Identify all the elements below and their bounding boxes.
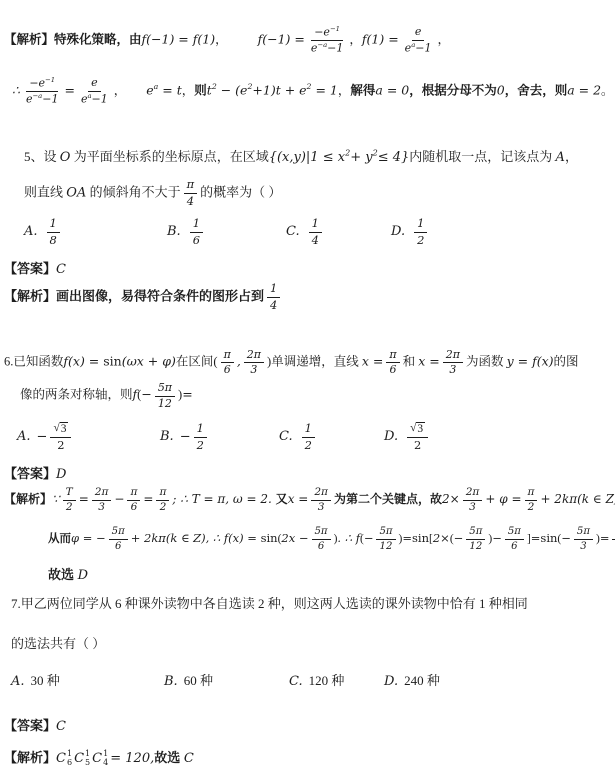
bold-text: 故选 xyxy=(48,567,78,582)
numerator: e xyxy=(412,26,425,40)
math-text: 5π xyxy=(577,526,590,537)
math-text: = 120, xyxy=(110,751,154,766)
text: 像的两条对称轴，则 xyxy=(20,388,133,402)
denominator: e−a−1 xyxy=(23,92,62,106)
math-text: = xyxy=(531,531,541,545)
math-text: + y xyxy=(350,150,372,165)
square-root: √3 xyxy=(410,422,425,436)
superscript: −1 xyxy=(45,76,55,84)
math-text: a = 0 xyxy=(375,82,409,97)
text: 内随机取一点，记该点为 xyxy=(409,149,555,164)
math-text: 12 xyxy=(380,541,393,552)
math-text: 6 xyxy=(224,363,231,376)
numerator: 1 xyxy=(414,217,427,233)
math-text: 6 xyxy=(318,541,324,552)
combination-scripts: 14 xyxy=(103,750,108,768)
math-text: O xyxy=(60,150,71,165)
denominator: 2 xyxy=(414,233,427,248)
spacer xyxy=(228,42,258,43)
math-text: − xyxy=(364,531,374,545)
math-text: = t xyxy=(158,82,181,97)
math-text: 6 xyxy=(389,363,396,376)
denominator: 3 xyxy=(95,501,108,514)
bold-text: 【解析】 xyxy=(4,492,52,506)
numerator: 2π xyxy=(311,487,331,501)
roman-text: sin xyxy=(540,531,557,545)
text: 的选法共有（ ） xyxy=(11,636,105,651)
denominator: 2 xyxy=(302,438,315,453)
numerator: 5π xyxy=(505,526,524,539)
text: ， xyxy=(338,83,351,97)
math-text: 3 xyxy=(469,501,476,513)
option-label: B. xyxy=(160,429,174,444)
math-text: 5π xyxy=(158,381,172,394)
denominator: 6 xyxy=(128,501,141,514)
math-text: 2π xyxy=(247,348,261,361)
numerator: √3 xyxy=(407,422,428,438)
math-text: π xyxy=(130,486,137,498)
fraction: √32 xyxy=(50,422,71,453)
q6-analysis-2: 从而φ = −5π6+ 2kπ(k ∈ Z), ∴ f(x) = sin(2x … xyxy=(4,526,612,553)
bold-text: 又 xyxy=(276,492,288,506)
bold-text: 故选 xyxy=(154,750,184,765)
option-label: D. xyxy=(384,429,398,444)
option-label: A. xyxy=(24,224,38,239)
math-text: 2x − xyxy=(281,531,308,545)
math-text: 5π xyxy=(508,526,521,537)
math-text: 2π xyxy=(314,486,328,498)
fraction: 12 xyxy=(194,422,207,453)
math-text: −1 xyxy=(415,41,431,54)
denominator: 2 xyxy=(54,438,67,453)
fraction: 5π6 xyxy=(505,526,524,552)
combination: C15 xyxy=(74,750,90,768)
text: 7.甲乙两位同学从 6 种课外读物中各自选读 2 种，则这两人选读的课外读物中恰… xyxy=(11,596,528,611)
text: 5、设 xyxy=(24,149,60,164)
denominator: 6 xyxy=(190,233,203,248)
text: 的概率为（ ） xyxy=(200,185,281,200)
math-text: + 2kπ(k ∈ Z), ∴ f(x) = xyxy=(131,531,261,545)
math-text: y = f(x) xyxy=(507,353,554,368)
math-text: π xyxy=(159,486,166,498)
math-text: f(−1) = f(1) xyxy=(142,31,216,46)
text: 60 种 xyxy=(184,673,213,688)
roman-text: sin xyxy=(412,531,429,545)
math-text: 4 xyxy=(312,233,319,247)
numerator: 2π xyxy=(443,349,463,363)
denominator: 12 xyxy=(155,397,175,410)
math-text: − xyxy=(561,531,571,545)
math-text: = xyxy=(182,387,192,402)
math-text: OA xyxy=(66,186,86,201)
math-text: e xyxy=(91,76,98,89)
numerator: √3 xyxy=(50,422,71,438)
text: 6.已知函数 xyxy=(4,354,63,368)
math-text: ; ∴ T = π, ω = 2. xyxy=(172,492,275,506)
bold-text: 【解析】画出图像，易得符合条件的图形占到 xyxy=(4,288,264,303)
combination-base: C xyxy=(74,750,84,768)
math-text: 3 xyxy=(449,363,456,376)
option-label: D. xyxy=(391,224,405,239)
fraction: 5π6 xyxy=(312,526,331,552)
combination: C16 xyxy=(56,750,72,768)
math-text: D xyxy=(78,568,88,583)
bold-text: 则 xyxy=(194,83,207,97)
combination-subscript: 4 xyxy=(103,759,108,768)
q6-stem-2: 像的两条对称轴，则f(−5π12)= xyxy=(4,382,612,410)
math-text: 4 xyxy=(187,194,194,208)
denominator: 6 xyxy=(315,540,327,552)
math-text: 6 xyxy=(115,541,121,552)
option-C: C.14 xyxy=(286,217,391,248)
numerator: 2π xyxy=(463,487,483,501)
denominator: 6 xyxy=(386,363,399,376)
math-text: 5π xyxy=(469,526,482,537)
math-text: 4 xyxy=(270,298,277,312)
denominator: 6 xyxy=(508,540,520,552)
math-text: 5π xyxy=(315,526,328,537)
math-text: 2 xyxy=(528,501,535,513)
numerator: 1 xyxy=(194,422,207,438)
fraction: eea−1 xyxy=(78,77,111,105)
roman-text: 2 xyxy=(57,438,64,452)
bold-text: 【答案】 xyxy=(4,718,56,733)
math-text: π xyxy=(528,486,535,498)
text: ， xyxy=(565,149,578,164)
numerator: 5π xyxy=(466,526,485,539)
text: 在区间 xyxy=(176,354,214,368)
math-text: D xyxy=(56,467,66,482)
denominator: 3 xyxy=(315,501,328,514)
bold-text: 【答案】 xyxy=(4,261,56,276)
radicand: 3 xyxy=(416,422,425,436)
fraction: π4 xyxy=(184,178,198,209)
math-text: − xyxy=(114,492,124,506)
numerator: π xyxy=(386,349,399,363)
math-text: 2 xyxy=(66,501,73,513)
math-text: ∵ xyxy=(52,492,60,506)
math-text: 12 xyxy=(469,541,482,552)
roman-text: 2 xyxy=(414,438,421,452)
q5-stem-1: 5、设 O 为平面坐标系的坐标原点，在区域{(x,y)|1 ≤ x2+ y2≤ … xyxy=(4,148,612,167)
numerator: 1 xyxy=(47,217,60,233)
math-text: − xyxy=(141,387,151,402)
fraction: π6 xyxy=(221,349,234,377)
math-text: +1)t + e xyxy=(252,82,306,97)
math-text: −1 xyxy=(42,93,58,106)
numerator: T xyxy=(63,487,76,501)
denominator: ea−1 xyxy=(78,92,111,106)
math-text: f(x) = xyxy=(63,353,103,368)
q7-answer: 【答案】C xyxy=(4,717,612,736)
math-text: ≤ 4} xyxy=(378,150,410,165)
option-A: A.−√32 xyxy=(17,422,160,453)
numerator: 2π xyxy=(92,487,112,501)
math-text: 1 xyxy=(312,216,319,230)
combination-base: C xyxy=(56,750,66,768)
math-text: − xyxy=(37,429,48,444)
denominator: 6 xyxy=(221,363,234,376)
math-text: + 2kπ(k ∈ Z), xyxy=(540,492,615,506)
math-text: 2π xyxy=(466,486,480,498)
numerator: 1 xyxy=(302,422,315,438)
fraction: 2π3 xyxy=(244,349,264,377)
denominator: 4 xyxy=(184,194,197,209)
denominator: 4 xyxy=(267,298,280,313)
text: 为平面坐标系的坐标原点，在区域 xyxy=(70,149,268,164)
fraction: 5π12 xyxy=(466,526,485,552)
fraction: eea−1 xyxy=(402,26,435,54)
denominator: 2 xyxy=(157,501,170,514)
option-C: C.120 种 xyxy=(289,672,384,691)
math-text: − xyxy=(454,531,464,545)
numerator: π xyxy=(127,487,140,501)
roman-text: sin xyxy=(103,353,121,368)
text: ， xyxy=(114,83,127,97)
numerator: 5π xyxy=(155,382,175,396)
math-text: φ = − xyxy=(71,531,106,545)
denominator: 3 xyxy=(466,501,479,514)
text: 120 种 xyxy=(309,673,345,688)
math-text: {(x,y)|1 ≤ x xyxy=(269,150,345,165)
math-text: x = xyxy=(362,353,384,368)
math-text: 2 xyxy=(197,438,204,452)
q6-analysis-1: 【解析】∵T2=2π3−π6=π2; ∴ T = π, ω = 2. 又x =2… xyxy=(4,487,612,514)
math-text: 3 xyxy=(98,501,105,513)
numerator: 1 xyxy=(309,217,322,233)
math-text: 6 xyxy=(511,541,517,552)
math-text: = xyxy=(79,492,89,506)
text: 和 xyxy=(403,354,419,368)
fraction: 2π3 xyxy=(443,349,463,377)
fraction: 12 xyxy=(302,422,315,453)
denominator: 2 xyxy=(525,501,538,514)
denominator: 3 xyxy=(247,363,260,376)
math-text: 8 xyxy=(50,233,57,247)
math-text: 1 xyxy=(193,216,200,230)
math-text: 3 xyxy=(318,501,325,513)
sol4-analysis-line-2: ∴−e−1e−a−1=eea−1，ea = t，则t2 − (e2+1)t + … xyxy=(4,77,612,106)
superscript: −1 xyxy=(330,25,340,33)
option-label: A. xyxy=(11,674,25,689)
option-B: B.16 xyxy=(167,217,286,248)
math-text: x = xyxy=(418,353,440,368)
text: 的倾斜角不大于 xyxy=(86,185,180,200)
sol4-analysis-line-1: 【解析】特殊化策略，由f(−1) = f(1)，f(−1) =−e−1e−a−1… xyxy=(4,26,612,55)
math-text: = xyxy=(600,531,610,545)
math-text: π xyxy=(187,177,195,191)
math-text: 3 xyxy=(250,363,257,376)
numerator: 5π xyxy=(376,526,395,539)
bold-text: ，根据分母不为 xyxy=(409,83,497,97)
fraction: 5π3 xyxy=(574,526,593,552)
fraction: 14 xyxy=(309,217,322,248)
fraction: 14 xyxy=(267,282,280,313)
text: 。 xyxy=(601,83,614,97)
math-text: T xyxy=(66,486,73,498)
numerator: 5π xyxy=(109,526,128,539)
text: 240 种 xyxy=(404,673,440,688)
denominator: e−a−1 xyxy=(308,41,347,55)
math-text: x = xyxy=(288,492,309,506)
math-text: 1 xyxy=(305,421,312,435)
math-text: 5π xyxy=(379,526,392,537)
bracket: ( xyxy=(213,354,217,368)
denominator: 8 xyxy=(47,233,60,248)
numerator: 5π xyxy=(574,526,593,539)
fraction: 16 xyxy=(190,217,203,248)
numerator: −e−1 xyxy=(26,77,58,92)
math-text: ∴ xyxy=(12,82,20,97)
math-text: −1 xyxy=(92,92,108,105)
math-text: −1 xyxy=(327,42,343,55)
q6-conclusion: 故选 D xyxy=(4,566,612,585)
q5-analysis: 【解析】画出图像，易得符合条件的图形占到14 xyxy=(4,282,612,313)
fraction: T2 xyxy=(63,487,76,514)
math-text: + φ = xyxy=(485,492,521,506)
fraction: −e−1e−a−1 xyxy=(23,77,62,106)
fraction: 2π3 xyxy=(311,487,331,514)
fraction: π6 xyxy=(386,349,399,377)
denominator: 2 xyxy=(194,438,207,453)
q6-stem-1: 6.已知函数f(x) = sin(ωx + φ)在区间(π6,2π3)单调递增，… xyxy=(4,349,612,377)
bold-text: 解得 xyxy=(350,83,375,97)
fraction: √32 xyxy=(407,422,428,453)
numerator: 5π xyxy=(312,526,331,539)
math-text: = xyxy=(143,492,153,506)
bold-text: 为第二个关键点，故 xyxy=(334,492,442,506)
math-text: −e xyxy=(314,26,330,39)
q6-answer: 【答案】D xyxy=(4,465,612,484)
denominator: ea−1 xyxy=(402,41,435,55)
math-text: 2× xyxy=(433,531,450,545)
option-D: D.12 xyxy=(391,217,612,248)
spacer xyxy=(126,93,146,94)
combination-subscript: 6 xyxy=(67,759,72,768)
superscript: −a xyxy=(32,92,42,100)
fraction: −e−1e−a−1 xyxy=(308,26,347,55)
option-D: D.√32 xyxy=(384,422,612,453)
fraction: π2 xyxy=(156,487,169,514)
numerator: π xyxy=(221,349,234,363)
fraction: 5π12 xyxy=(376,526,395,552)
numerator: −e−1 xyxy=(311,26,343,41)
math-text: . ∴ f xyxy=(337,531,360,545)
option-label: D. xyxy=(384,674,398,689)
numerator: 1 xyxy=(190,217,203,233)
math-text: 1 xyxy=(270,281,277,295)
math-text: 6 xyxy=(193,233,200,247)
denominator: 12 xyxy=(466,540,485,552)
math-text: , xyxy=(237,353,241,368)
roman-text: sin xyxy=(261,531,278,545)
math-text: 1 xyxy=(50,216,57,230)
option-label: B. xyxy=(167,224,181,239)
text: ， xyxy=(349,32,362,46)
text: 30 种 xyxy=(31,673,60,688)
option-label: A. xyxy=(17,429,31,444)
math-text: 3 xyxy=(580,541,586,552)
math-text: π xyxy=(389,348,396,361)
text: ， xyxy=(182,83,195,97)
math-text: = xyxy=(64,82,74,97)
text: 则直线 xyxy=(24,185,66,200)
denominator: 12 xyxy=(377,540,396,552)
math-text: 2π xyxy=(446,348,460,361)
bold-text: 从而 xyxy=(48,533,71,545)
math-text: − (e xyxy=(217,82,248,97)
combination-subscript: 5 xyxy=(85,759,90,768)
text: 为函数 xyxy=(466,354,507,368)
fraction: π2 xyxy=(525,487,538,514)
math-text: A xyxy=(556,150,565,165)
q7-stem-2: 的选法共有（ ） xyxy=(4,635,612,653)
document-body: 【解析】特殊化策略，由f(−1) = f(1)，f(−1) =−e−1e−a−1… xyxy=(4,26,612,768)
math-text: f(−1) = xyxy=(258,31,305,46)
math-text: = 1 xyxy=(311,82,337,97)
square-root: √3 xyxy=(53,422,68,436)
option-B: B.60 种 xyxy=(164,672,289,691)
denominator: 2 xyxy=(411,438,424,453)
option-D: D.240 种 xyxy=(384,672,612,691)
numerator: 2π xyxy=(244,349,264,363)
math-text: e xyxy=(415,25,422,38)
option-C: C.12 xyxy=(279,422,384,453)
math-text: 1 xyxy=(417,216,424,230)
math-text: 2 xyxy=(160,501,167,513)
math-text: − xyxy=(180,429,191,444)
combination-scripts: 15 xyxy=(85,750,90,768)
math-text: −e xyxy=(29,77,45,90)
bold-text: ，舍去，则 xyxy=(505,83,568,97)
combination-base: C xyxy=(92,750,102,768)
denominator: 3 xyxy=(446,363,459,376)
fraction: 2π3 xyxy=(92,487,112,514)
math-text: π xyxy=(224,348,231,361)
fraction: 12 xyxy=(414,217,427,248)
q7-analysis: 【解析】C16C15C14= 120,故选 C xyxy=(4,749,612,768)
denominator: 2 xyxy=(63,501,76,514)
denominator: 3 xyxy=(577,540,589,552)
option-label: C. xyxy=(286,224,300,239)
math-text: − xyxy=(492,531,502,545)
radicand: 3 xyxy=(60,422,69,436)
q7-options: A.30 种B.60 种C.120 种D.240 种 xyxy=(4,672,612,691)
q7-stem-1: 7.甲乙两位同学从 6 种课外读物中各自选读 2 种，则这两人选读的课外读物中恰… xyxy=(4,595,612,613)
combination-scripts: 16 xyxy=(67,750,72,768)
math-text: C xyxy=(56,262,66,277)
math-text: 2× xyxy=(442,492,460,506)
text: ， xyxy=(215,32,228,46)
option-A: A.30 种 xyxy=(11,672,164,691)
math-text: a = 2 xyxy=(567,82,601,97)
math-text: (ωx + φ) xyxy=(122,353,176,368)
fraction: 5π12 xyxy=(155,382,175,410)
math-text: 5π xyxy=(112,526,125,537)
exam-solution-page: 【解析】特殊化策略，由f(−1) = f(1)，f(−1) =−e−1e−a−1… xyxy=(0,0,615,782)
fraction: 18 xyxy=(47,217,60,248)
fraction: π6 xyxy=(127,487,140,514)
bold-text: 【答案】 xyxy=(4,466,56,481)
math-text: C xyxy=(56,719,66,734)
bold-text: 【解析】 xyxy=(4,750,56,765)
numerator: e xyxy=(88,77,101,91)
option-B: B.−12 xyxy=(160,422,279,453)
math-text: 2 xyxy=(417,233,424,247)
text: ， xyxy=(437,32,450,46)
numerator: π xyxy=(525,487,538,501)
text: 单调递增，直线 xyxy=(271,354,362,368)
